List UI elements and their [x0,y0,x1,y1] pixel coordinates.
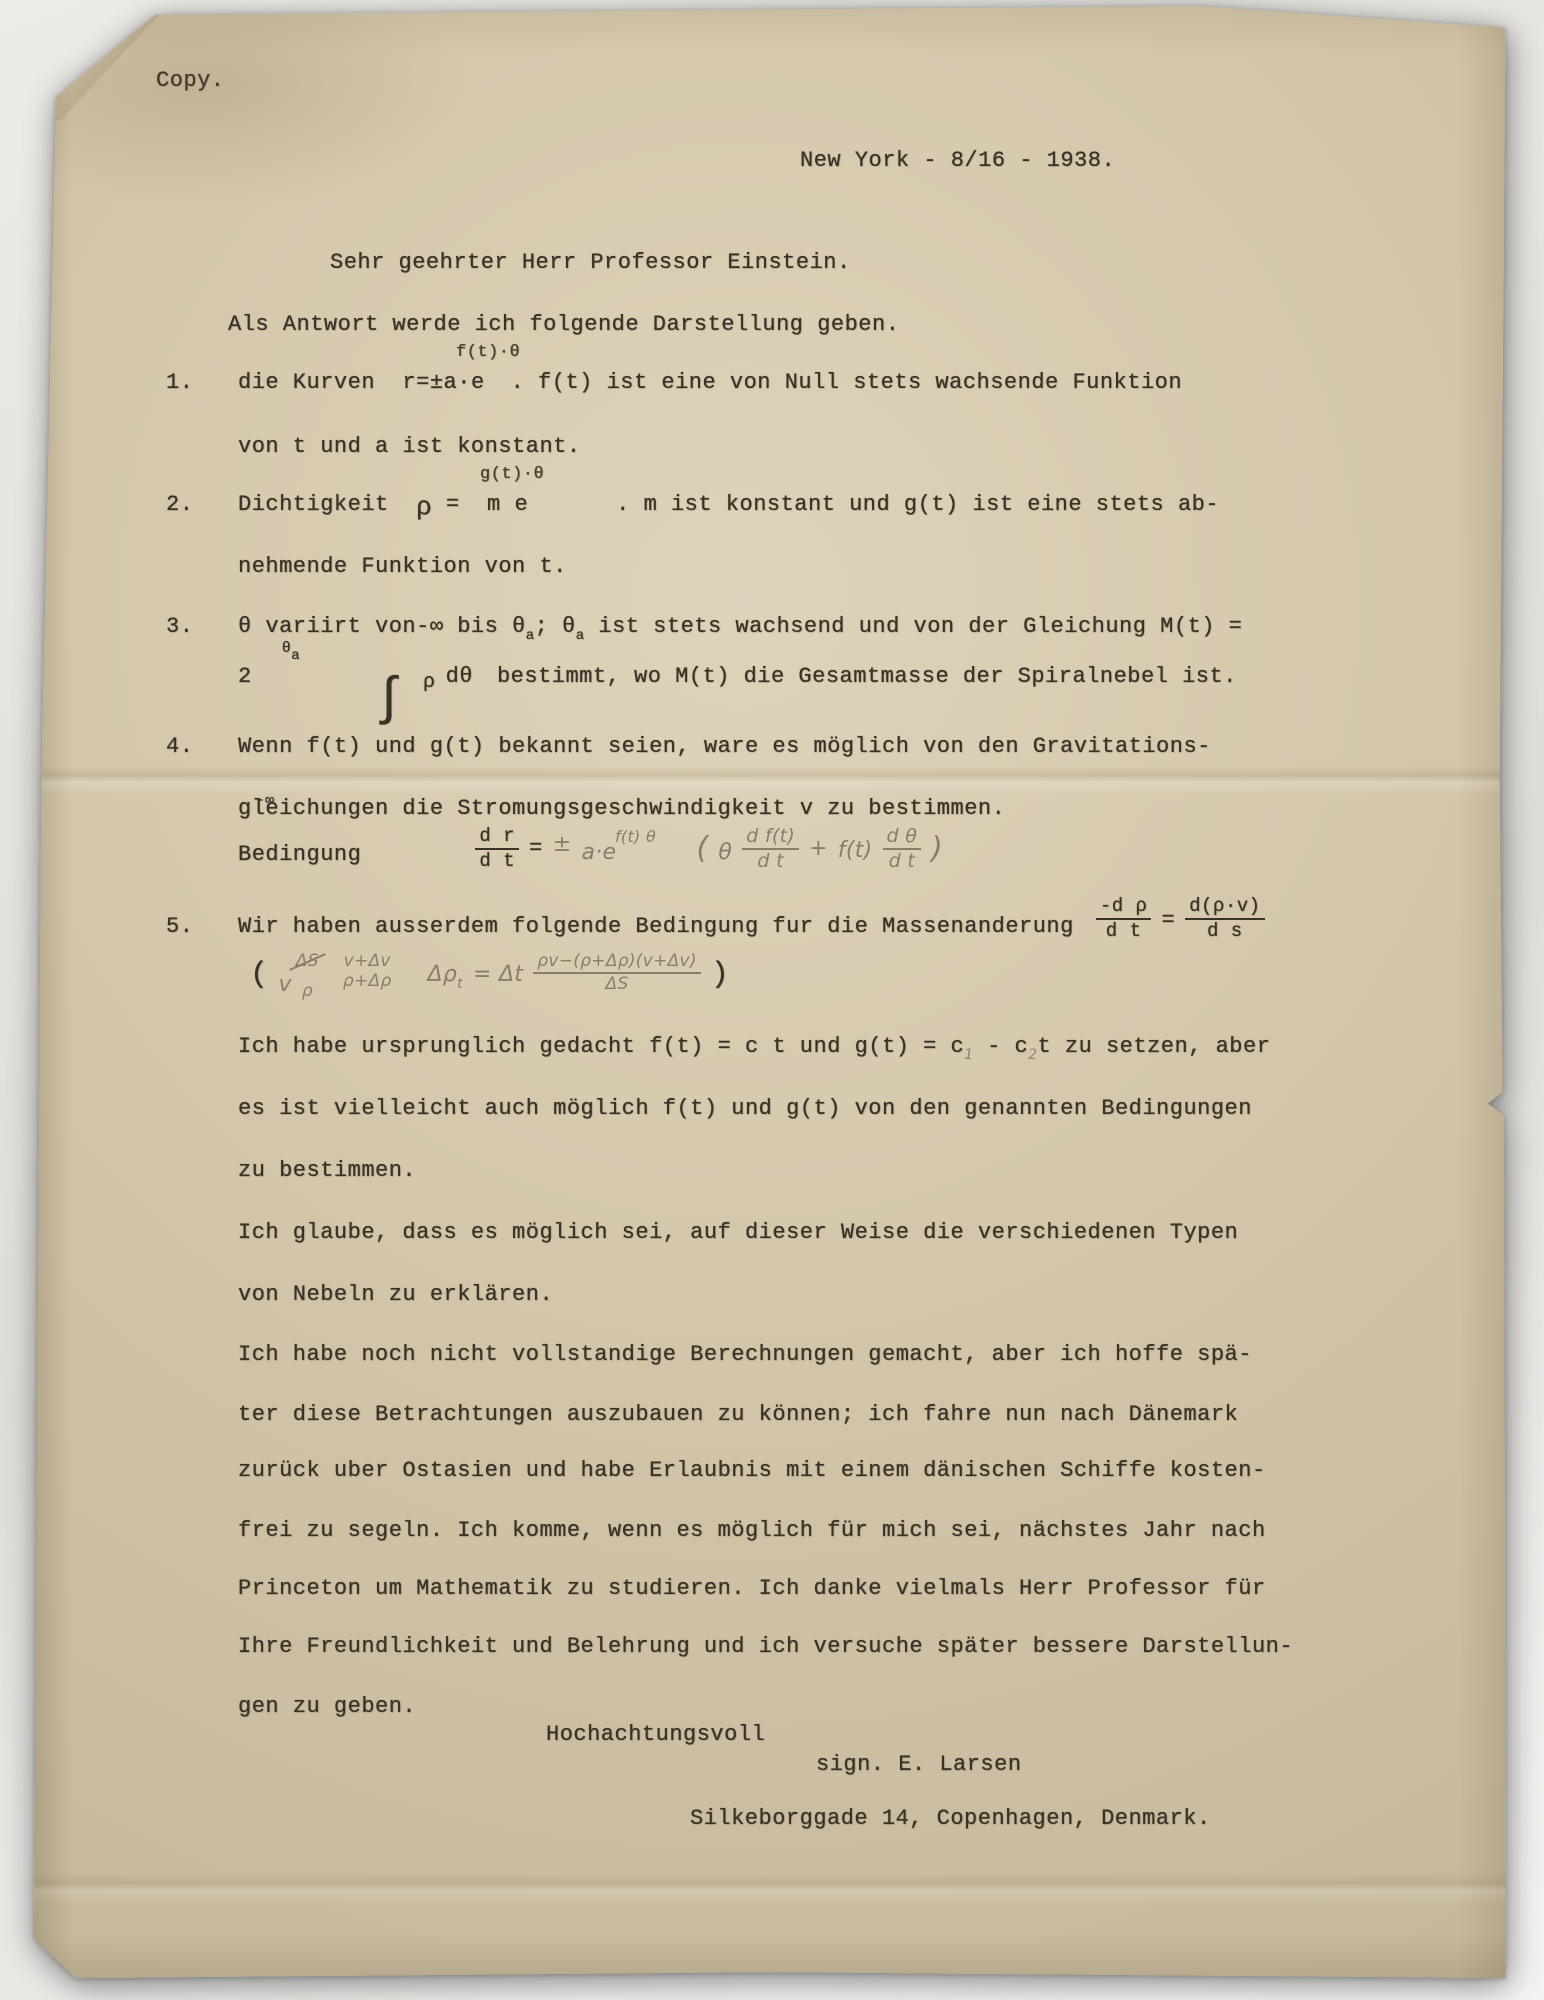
pencil-base-exponent: a·ef(t) θ [581,840,616,866]
signature-line: sign. E. Larsen [816,1752,1022,1778]
fraction-denominator: d s [1207,920,1243,942]
mass-change-fraction-right: d(ρ·v)d s [1185,896,1264,942]
item2-line2: nehmende Funktion von t. [238,554,567,580]
equals-sign: = [529,836,543,862]
para1-l1c: t zu setzen, aber [1037,1034,1270,1059]
delta-s-struck: ΔS [296,952,319,972]
open-paren: ( [696,834,708,864]
plus-minus-sign: ± [430,370,444,395]
pencil-rho: ρ [302,982,313,1002]
equals-delta-t: = Δt [473,962,523,988]
para3-line6: Ihre Freundlichkeit und Belehrung und ic… [238,1634,1293,1660]
dr-dt-fraction: d rd t [475,826,519,872]
valediction-text: Hochachtungsvoll [546,1722,765,1747]
upper-limit-theta: θ [282,640,292,657]
para2-line2: von Nebeln zu erklären. [238,1282,553,1308]
dateline: New York - 8/16 - 1938. [800,148,1115,174]
item4-line2: gleichungen die Stromungsgeschwindigkeit… [238,796,1005,822]
item1-line1: die Kurven r=±a·e. f(t) ist eine von Nul… [238,370,1182,396]
integrand-rho: ρ [423,670,436,696]
item3-line2-text: bestimmt, wo M(t) die Gesamtmasse der Sp… [497,664,1237,690]
ds-rho-stack: ΔSρ [296,952,319,1001]
signature-text: sign. E. Larsen [816,1752,1022,1777]
item1-base: a·e [444,370,485,395]
pencil-exponent: f(t) θ [615,824,656,850]
item1-pre: die Kurven r= [238,370,430,395]
para3-line5-text: Princeton um Mathematik zu studieren. Ic… [238,1576,1266,1601]
pencil-base: a·e [581,840,616,865]
pencil-plus-minus: ± [553,832,572,858]
item3-l1b: ; θ [535,614,576,639]
para3-line3: zurück uber Ostasien und habe Erlaubnis … [238,1458,1266,1484]
theta-a-subscript: a [576,628,585,644]
rho-plus-drho: ρ+Δρ [343,972,392,992]
delta-rho: Δρ [428,962,458,987]
item2-exponent: g(t)·θ [480,462,544,488]
mass-balance-fraction: ρv−(ρ+Δρ)(v+Δv)ΔS [533,952,701,993]
item5-number-text: 5. [166,914,193,939]
delta-rho-subscript: t [457,976,463,992]
address-text: Silkeborggade 14, Copenhagen, Denmark. [690,1806,1211,1831]
para2-line1-text: Ich glaube, dass es möglich sei, auf die… [238,1220,1238,1245]
item2-number: 2. [166,492,193,518]
item4-line1: Wenn f(t) und g(t) bekannt seien, ware e… [238,734,1211,760]
fraction-numerator: d θ [883,826,922,850]
para3-line6-text: Ihre Freundlichkeit und Belehrung und ic… [238,1634,1293,1659]
v-rho-increment-stack: v+Δvρ+Δρ [343,952,392,991]
item4-number-text: 4. [166,734,193,759]
item1-post: . f(t) ist eine von Null stets wachsende… [511,370,1182,395]
item1-number: 1. [166,370,193,396]
address-line: Silkeborggade 14, Copenhagen, Denmark. [690,1806,1211,1832]
item3-l1c: ist stets wachsend und von der Gleichung… [585,614,1243,639]
item1-number-text: 1. [166,370,193,395]
item1-line2: von t und a ist konstant. [238,434,581,460]
fraction-numerator: d f(t) [742,826,799,850]
item4-line2-text: gleichungen die Stromungsgeschwindigkeit… [238,796,1005,821]
close-paren: ) [711,960,730,990]
dtheta-term: dθ [446,664,473,690]
folded-corner [46,10,196,120]
para1-line3-text: zu bestimmen. [238,1158,416,1183]
item2-pre: Dichtigkeit [238,492,416,517]
copy-label: Copy. [156,68,225,94]
salutation: Sehr geehrter Herr Professor Einstein. [330,250,851,276]
item2-post: . m ist konstant und g(t) ist eine stets… [616,492,1219,517]
item3-number: 3. [166,614,193,640]
copy-label-text: Copy. [156,68,225,93]
para3-line7: gen zu geben. [238,1694,416,1720]
fraction-denominator: d t [479,850,515,872]
para3-line1-text: Ich habe noch nicht vollstandige Berechn… [238,1342,1252,1367]
item5-number: 5. [166,914,193,940]
dateline-text: New York - 8/16 - 1938. [800,148,1115,173]
para2-line2-text: von Nebeln zu erklären. [238,1282,553,1307]
v-plus-dv: v+Δv [344,952,391,972]
velocity-density-cluster: v ΔSρ [279,952,319,1001]
salutation-text: Sehr geehrter Herr Professor Einstein. [330,250,851,275]
fraction-denominator: ΔS [606,974,629,994]
para1-line2: es ist vielleicht auch möglich f(t) und … [238,1096,1252,1122]
integral-sign-group: ∫ θa -∞ [264,648,405,804]
item4-number: 4. [166,734,193,760]
theta-a-subscript: a [526,628,535,644]
intro-text: Als Antwort werde ich folgende Darstellu… [228,312,899,337]
para1-line2-text: es ist vielleicht auch möglich f(t) und … [238,1096,1252,1121]
para1-line1: Ich habe ursprunglich gedacht f(t) = c t… [238,1034,1270,1068]
integral-sign: ∫ [373,674,405,726]
item3-line1: θ variirt von-∞ bis θa; θa ist stets wac… [238,614,1242,649]
para1-l1b: - c [973,1034,1028,1059]
delta-rho-term: Δρt [428,962,463,997]
para3-line4: frei zu segeln. Ich komme, wenn es mögli… [238,1518,1266,1544]
equals-sign: = [1161,908,1175,934]
item1-line2-text: von t und a ist konstant. [238,434,581,459]
para3-line7-text: gen zu geben. [238,1694,416,1719]
fraction-numerator: -d ρ [1096,896,1152,920]
item4-line1-text: Wenn f(t) und g(t) bekannt seien, ware e… [238,734,1211,759]
para3-line4-text: frei zu segeln. Ich komme, wenn es mögli… [238,1518,1266,1543]
open-paren: ( [250,960,269,990]
item1-exponent-text: f(t)·θ [456,343,520,362]
photo-backdrop: Copy. New York - 8/16 - 1938. Sehr geehr… [0,0,1544,2000]
integral-upper-limit: θa [282,636,300,669]
item2-line1: Dichtigkeit ρ = m e. m ist konstant und … [238,492,1219,520]
item2-line2-text: nehmende Funktion von t. [238,554,567,579]
close-paren: ) [931,834,943,864]
item2-number-text: 2. [166,492,193,517]
mass-change-fraction-left: -d ρd t [1096,896,1152,942]
integral-coefficient: 2 [238,664,252,690]
pencil-theta: θ [718,840,732,866]
para3-line1: Ich habe noch nicht vollstandige Berechn… [238,1342,1252,1368]
item1-exponent: f(t)·θ [456,340,520,366]
item5-line1: Wir haben ausserdem folgende Bedingung f… [238,896,1265,942]
item5-line1-text: Wir haben ausserdem folgende Bedingung f… [238,914,1074,940]
fraction-numerator: ρv−(ρ+Δρ)(v+Δv) [533,952,701,974]
item2-mid: = m e [432,492,528,517]
handwritten-equation: ( v ΔSρ v+Δvρ+Δρ Δρt = Δt ρv−(ρ+Δρ)(v+Δv… [250,952,729,1001]
valediction: Hochachtungsvoll [546,1722,765,1748]
fraction-numerator: d(ρ·v) [1185,896,1264,920]
df-dt-fraction: d f(t)d t [742,826,799,872]
pencil-ft: f(t) [838,838,873,864]
fraction-denominator: d t [757,850,783,872]
bedingung-equation: Bedingung d rd t = ± a·ef(t) θ ( θ d f(t… [238,826,943,872]
para1-l1a: Ich habe ursprunglich gedacht f(t) = c t… [238,1034,964,1059]
fraction-denominator: d t [1106,920,1142,942]
fraction-denominator: d t [889,850,915,872]
item3-number-text: 3. [166,614,193,639]
upper-limit-sub: a [291,648,300,664]
para1-line3: zu bestimmen. [238,1158,416,1184]
pencil-v: v [279,972,292,998]
para2-line1: Ich glaube, dass es möglich sei, auf die… [238,1220,1238,1246]
dtheta-dt-fraction: d θd t [883,826,922,872]
plus-sign: + [809,836,828,862]
para3-line5: Princeton um Mathematik zu studieren. Ic… [238,1576,1266,1602]
para3-line2: ter diese Betrachtungen auszubauen zu kö… [238,1402,1238,1428]
intro-line: Als Antwort werde ich folgende Darstellu… [228,312,899,338]
item2-exponent-text: g(t)·θ [480,465,544,484]
para3-line2-text: ter diese Betrachtungen auszubauen zu kö… [238,1402,1238,1427]
fraction-numerator: d r [475,826,519,850]
rho-symbol: ρ [416,492,432,522]
mass-integral-formula: 2 ∫ θa -∞ ρ dθ bestimmt, wo M(t) die Ges… [238,648,1237,804]
letter-page: Copy. New York - 8/16 - 1938. Sehr geehr… [28,6,1510,1984]
para3-line3-text: zurück uber Ostasien und habe Erlaubnis … [238,1458,1266,1483]
bedingung-label: Bedingung [238,842,361,868]
